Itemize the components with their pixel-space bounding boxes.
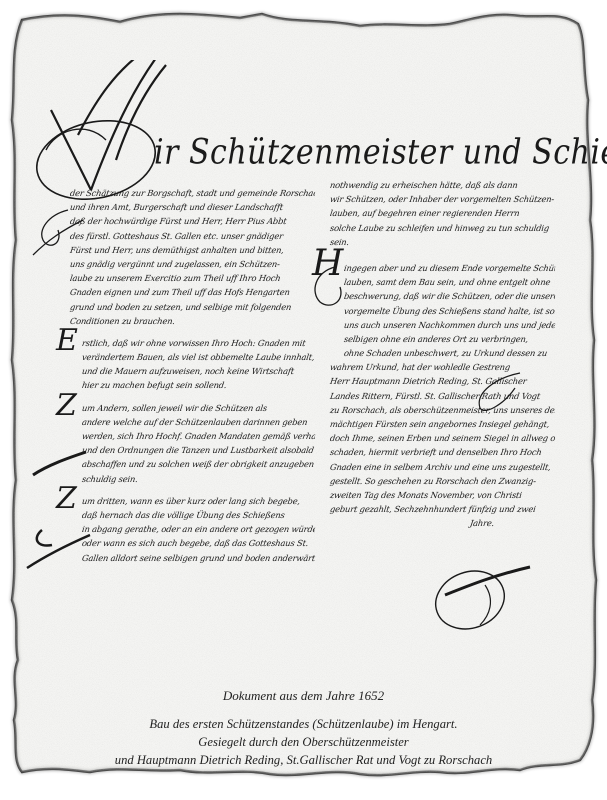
paragraph-continuation: nothwendig zu erheischen hätte, daß als … — [330, 178, 555, 249]
paragraph-initial: E — [56, 326, 78, 356]
paragraph-hingegen: H ingegen aber und zu diesem Ende vorgem… — [330, 261, 555, 360]
text-line: rstlich, daß wir ohne vorwissen Ihro Hoc… — [81, 336, 316, 350]
calligraphic-initial-w — [26, 60, 176, 200]
text-line: schaden, hiermit verbrieft und denselben… — [329, 445, 556, 459]
text-line: und die Mauern aufzuweisen, noch keine W… — [81, 364, 316, 378]
text-line: der Schätzung zur Borgschaft, stadt und … — [69, 186, 316, 200]
caption-body: Bau des ersten Schützenstandes (Schützen… — [0, 715, 607, 769]
text-line: abschaffen und zu solchen weiß der obrig… — [81, 457, 316, 471]
text-line: lauben, auf begehren einer regierenden H… — [329, 206, 556, 220]
text-line: zu Rorschach, als oberschützenmeister, u… — [329, 403, 556, 417]
text-line: ingegen aber und zu diesem Ende vorgemel… — [343, 261, 556, 275]
text-line: Fürst und Herr, uns demüthigst anhalten … — [69, 243, 316, 257]
text-line: mächtigen Fürsten sein angebornes Insieg… — [329, 417, 556, 431]
text-line: solche Laube zu schleifen und hinweg zu … — [329, 221, 556, 235]
paragraph-zum-andern: Z um Andern, sollen jeweil wir die Schüt… — [70, 401, 315, 486]
text-line: Gnaden eignen und zum Theil uff das Hofs… — [69, 285, 316, 299]
text-line: laube zu unserem Exercitio zum Theil uff… — [69, 271, 316, 285]
text-line: Jahre. — [329, 516, 556, 530]
text-line: wahrem Urkund, hat der wohledle Gestreng — [329, 360, 556, 374]
text-line: uns gnädig vergünnt und zugelassen, ein … — [69, 257, 316, 271]
heading-title: ir Schützenmeister und Schießgesellen — [154, 132, 607, 172]
text-line: daß der hochwürdige Fürst und Herr, Herr… — [69, 214, 316, 228]
paragraph-urkund: wahrem Urkund, hat der wohledle Gestreng… — [330, 360, 555, 530]
text-line: wir Schützen, oder Inhaber der vorgemelt… — [329, 192, 556, 206]
text-line: Gallen alldort seine selbigen grund und … — [81, 551, 316, 565]
text-line: ohne Schaden unbeschwert, zu Urkund dess… — [343, 346, 556, 360]
text-line: vorgemelte Übung des Schießens stand hal… — [343, 304, 556, 318]
paragraph-initial: Z — [56, 391, 77, 421]
text-line: geburt gezahlt, Sechzehnhundert fünfzig … — [329, 502, 556, 516]
paragraph-initial: Z — [56, 484, 77, 514]
text-line: um Andern, sollen jeweil wir die Schütze… — [81, 401, 316, 415]
text-line: zweiten Tag des Monats November, von Chr… — [329, 488, 556, 502]
text-line: lauben, samt dem Bau sein, und ohne entg… — [343, 275, 556, 289]
paragraph-zum-dritten: Z um dritten, wann es über kurz oder lan… — [70, 494, 315, 565]
text-line: schuldig sein. — [81, 472, 316, 486]
text-line: nothwendig zu erheischen hätte, daß als … — [329, 178, 556, 192]
caption-line: und Hauptmann Dietrich Reding, St.Gallis… — [0, 751, 607, 769]
text-line: werden, sich Ihro Hochf. Gnaden Mandaten… — [81, 429, 316, 443]
caption-line: Gesiegelt durch den Oberschützenmeister — [0, 733, 607, 751]
text-line: Herr Hauptmann Dietrich Reding, St. Gall… — [329, 374, 556, 388]
text-line: doch Ihme, seinen Erben und seinem Siege… — [329, 431, 556, 445]
text-line: uns auch unseren Nachkommen durch uns un… — [343, 318, 556, 332]
text-line: beschwerung, daß wir die Schützen, oder … — [343, 289, 556, 303]
text-line: selbigen ohne ein anderes Ort zu verbrin… — [343, 332, 556, 346]
left-column: der Schätzung zur Borgschaft, stadt und … — [70, 186, 315, 565]
text-line: gestellt. So geschehen zu Rorschach den … — [329, 474, 556, 488]
text-line: und den Ordnungen die Tanzen und Lustbar… — [81, 443, 316, 457]
text-line: daß hernach das die völlige Übung des Sc… — [81, 508, 316, 522]
paragraph-initial: H — [312, 249, 343, 279]
right-column: nothwendig zu erheischen hätte, daß als … — [330, 178, 555, 531]
text-line: hier zu machen befugt sein sollend. — [81, 378, 316, 392]
text-line: sein. — [329, 235, 556, 249]
text-line: des fürstl. Gotteshaus St. Gallen etc. u… — [69, 229, 316, 243]
text-line: in abgang gerathe, oder an ein andere or… — [81, 522, 316, 536]
text-line: verändertem Bauen, als viel ist obbemelt… — [81, 350, 316, 364]
caption-title: Dokument aus dem Jahre 1652 — [0, 688, 607, 704]
text-line: oder wann es sich auch begebe, daß das G… — [81, 536, 316, 550]
text-line: grund und boden zu setzen, und selbige m… — [69, 300, 316, 314]
text-line: andere welche auf der Schützenlauben dar… — [81, 415, 316, 429]
text-line: Landes Rittern, Fürstl. St. Gallischer R… — [329, 389, 556, 403]
text-line: um dritten, wann es über kurz oder lang … — [81, 494, 316, 508]
paragraph-erstlich: E rstlich, daß wir ohne vorwissen Ihro H… — [70, 336, 315, 393]
text-line: Conditionen zu brauchen. — [69, 314, 316, 328]
text-line: Gnaden eine in selbem Archiv und eine un… — [329, 460, 556, 474]
caption-line: Bau des ersten Schützenstandes (Schützen… — [0, 715, 607, 733]
text-line: und ihren Amt, Burgerschaft und dieser L… — [69, 200, 316, 214]
paragraph-intro: der Schätzung zur Borgschaft, stadt und … — [70, 186, 315, 328]
